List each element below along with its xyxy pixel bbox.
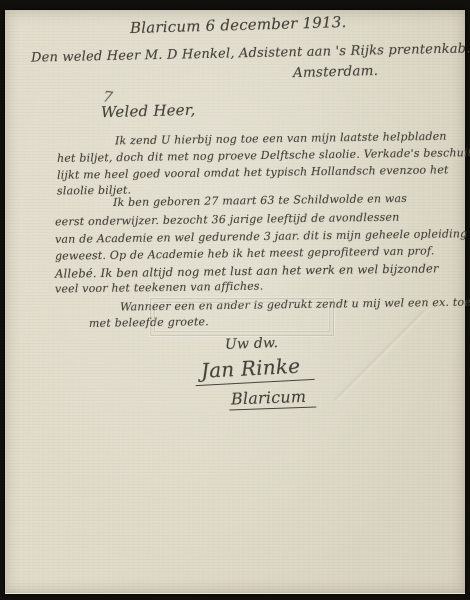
salutation: Weled Heer, — [101, 101, 196, 121]
letter-paper: Blaricum 6 december 1913. Den weled Heer… — [5, 10, 465, 594]
body-line: Ik ben geboren 27 maart 63 te Schildwold… — [113, 192, 407, 209]
signature-place: Blaricum — [229, 386, 317, 410]
body-line: Allebé. Ik ben altijd nog met lust aan h… — [55, 261, 439, 280]
letter-photo: Blaricum 6 december 1913. Den weled Heer… — [0, 0, 470, 600]
body-line: Ik zend U hierbij nog toe een van mijn l… — [115, 130, 447, 148]
closing: Uw dw. — [225, 335, 279, 353]
body-line: geweest. Op de Academie heb ik het meest… — [55, 244, 435, 262]
blind-stamp — [150, 298, 334, 336]
body-line: het biljet, doch dit met nog proeve Delf… — [57, 146, 470, 165]
signature: Jan Rinke — [194, 353, 315, 386]
letter-dateline: Blaricum 6 december 1913. — [130, 13, 347, 37]
body-line: eerst onderwijzer. bezocht 36 jarige lee… — [55, 211, 400, 229]
addressee-city: Amsterdam. — [293, 63, 379, 81]
body-line: veel voor het teekenen van affiches. — [55, 280, 264, 296]
addressee-line: Den weled Heer M. D Henkel, Adsistent aa… — [31, 41, 470, 65]
body-line: van de Academie en wel gedurende 3 jaar.… — [55, 227, 468, 246]
body-line: lijkt me heel goed vooral omdat het typi… — [57, 163, 449, 181]
blind-stamp-inner — [154, 302, 330, 332]
